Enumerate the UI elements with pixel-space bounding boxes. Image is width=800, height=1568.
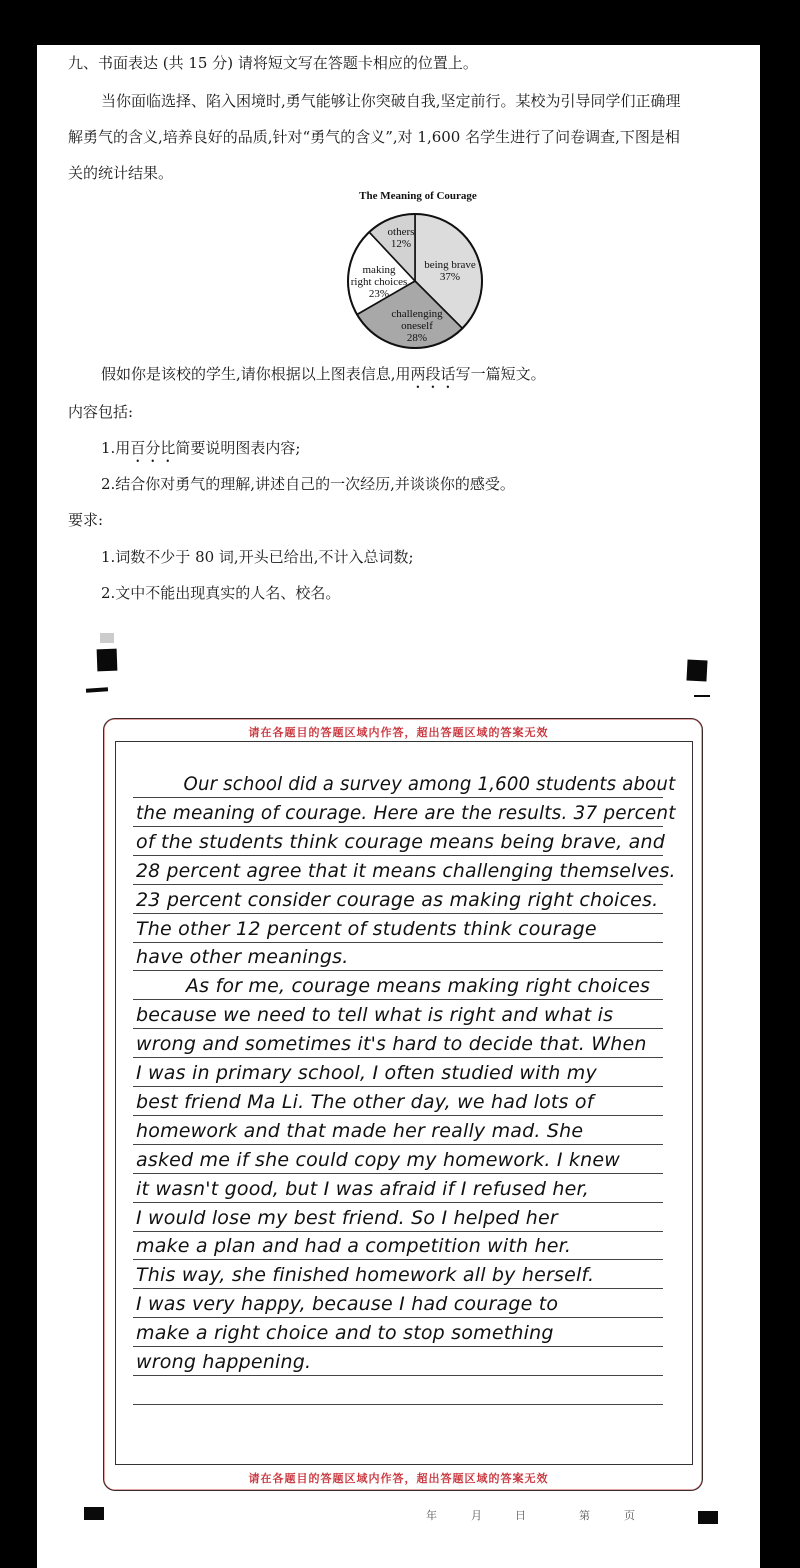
pie-chart: The Meaning of Courage others 12% being … [333,190,503,355]
writing-rule-line [133,1346,663,1347]
handwritten-line: the meaning of courage. Here are the res… [136,802,676,824]
writing-rule-line [133,1202,663,1203]
task-pre: 假如你是该校的学生,请你根据以上图表信息,用 [101,365,411,383]
handwritten-line: 23 percent consider courage as making ri… [136,889,658,911]
handwritten-line: I was very happy, because I had courage … [136,1293,558,1315]
writing-rule-line [133,1028,663,1029]
answer-area-notice-top: 请在各题目的答题区域内作答，超出答题区域的答案无效 [37,724,760,740]
label-making-line2: right choices [347,276,411,288]
writing-rule-line [133,913,663,914]
writing-rule-line [133,1259,663,1260]
label-making-value: 23% [347,288,411,300]
requirements-heading: 要求: [68,509,103,530]
label-others-name: others [379,226,423,238]
task-emphasis: 两段话 [411,365,456,383]
writing-rule-line [133,942,663,943]
intro-line-3: 关的统计结果。 [68,162,173,183]
scan-marker-bottom-left [84,1507,104,1520]
scan-marker-top-left [97,649,118,672]
writing-rule-line [133,1115,663,1116]
requirement-1: 1.词数不少于 80 词,开头已给出,不计入总词数; [101,546,414,567]
scan-marker-faint [100,633,114,643]
handwritten-line: have other meanings. [136,946,349,968]
scan-marker-bottom-right [698,1511,718,1524]
handwritten-line: 28 percent agree that it means challengi… [136,860,676,882]
content-1-pre: 1.用 [101,439,130,457]
writing-rule-line [133,797,663,798]
label-being-brave-name: being brave [417,259,483,271]
footer-month: 月 [471,1507,482,1523]
handwritten-line: of the students think courage means bein… [136,831,665,853]
answer-area-notice-bottom: 请在各题目的答题区域内作答，超出答题区域的答案无效 [37,1470,760,1486]
label-challenging-line1: challenging [384,308,450,320]
handwritten-line: make a plan and had a competition with h… [136,1235,571,1257]
writing-rule-line [133,1375,663,1376]
writing-rule-line [133,999,663,1000]
writing-rule-line [133,1173,663,1174]
label-making-line1: making [347,264,411,276]
writing-rule-line [133,970,663,971]
writing-rule-line [133,1086,663,1087]
handwritten-line: homework and that made her really mad. S… [136,1120,583,1142]
writing-rule-line [133,1057,663,1058]
content-1-post: 简要说明图表内容; [175,439,300,457]
handwritten-line: This way, she finished homework all by h… [136,1264,594,1286]
handwritten-line: I was in primary school, I often studied… [136,1062,597,1084]
handwritten-line: I would lose my best friend. So I helped… [136,1207,558,1229]
content-item-2: 2.结合你对勇气的理解,讲述自己的一次经历,并谈谈你的感受。 [101,473,515,494]
intro-line-2: 解勇气的含义,培养良好的品质,针对“勇气的含义”,对 1,600 名学生进行了问… [68,126,680,147]
label-challenging-value: 28% [384,332,450,344]
handwritten-line: wrong happening. [136,1351,311,1373]
question-header: 九、书面表达 (共 15 分) 请将短文写在答题卡相应的位置上。 [68,52,478,73]
label-challenging-oneself: challenging oneself 28% [384,308,450,344]
writing-rule-line [133,1317,663,1318]
writing-rule-line [133,855,663,856]
label-making-right-choices: making right choices 23% [347,264,411,300]
exam-page: 九、书面表达 (共 15 分) 请将短文写在答题卡相应的位置上。 当你面临选择、… [37,45,760,1568]
writing-rule-line [133,1404,663,1405]
content-heading: 内容包括: [68,401,133,422]
writing-rule-line [133,884,663,885]
handwritten-line: wrong and sometimes it's hard to decide … [136,1033,647,1055]
writing-rule-line [133,1288,663,1289]
scan-marker-dash-left [86,687,108,693]
handwritten-line: asked me if she could copy my homework. … [136,1149,620,1171]
writing-rule-line [133,1144,663,1145]
content-item-1: 1.用百分比简要说明图表内容; [101,437,300,466]
scan-marker-dash-right [694,695,710,697]
label-others: others 12% [379,226,423,250]
handwritten-line: because we need to tell what is right an… [136,1004,613,1026]
footer-year: 年 [426,1507,437,1523]
writing-rule-line [133,1231,663,1232]
task-post: 写一篇短文。 [456,365,546,383]
task-instruction: 假如你是该校的学生,请你根据以上图表信息,用两段话写一篇短文。 [101,363,546,392]
handwritten-line: it wasn't good, but I was afraid if I re… [136,1178,589,1200]
footer-page-suffix: 页 [624,1507,635,1523]
label-challenging-line2: oneself [384,320,450,332]
requirement-2: 2.文中不能出现真实的人名、校名。 [101,582,340,603]
footer-day: 日 [515,1507,526,1523]
handwritten-line: The other 12 percent of students think c… [136,918,597,940]
label-being-brave-value: 37% [417,271,483,283]
handwritten-line: As for me, courage means making right ch… [136,975,650,997]
label-being-brave: being brave 37% [417,259,483,283]
footer-page-prefix: 第 [579,1507,590,1523]
scan-marker-top-right [686,659,707,681]
content-1-emphasis: 百分比 [130,439,175,457]
label-others-value: 12% [379,238,423,250]
handwritten-line: make a right choice and to stop somethin… [136,1322,554,1344]
handwritten-line: best friend Ma Li. The other day, we had… [136,1091,594,1113]
writing-rule-line [133,826,663,827]
handwritten-line: Our school did a survey among 1,600 stud… [136,773,675,795]
intro-line-1: 当你面临选择、陷入困境时,勇气能够让你突破自我,坚定前行。某校为引导同学们正确理 [101,90,681,111]
